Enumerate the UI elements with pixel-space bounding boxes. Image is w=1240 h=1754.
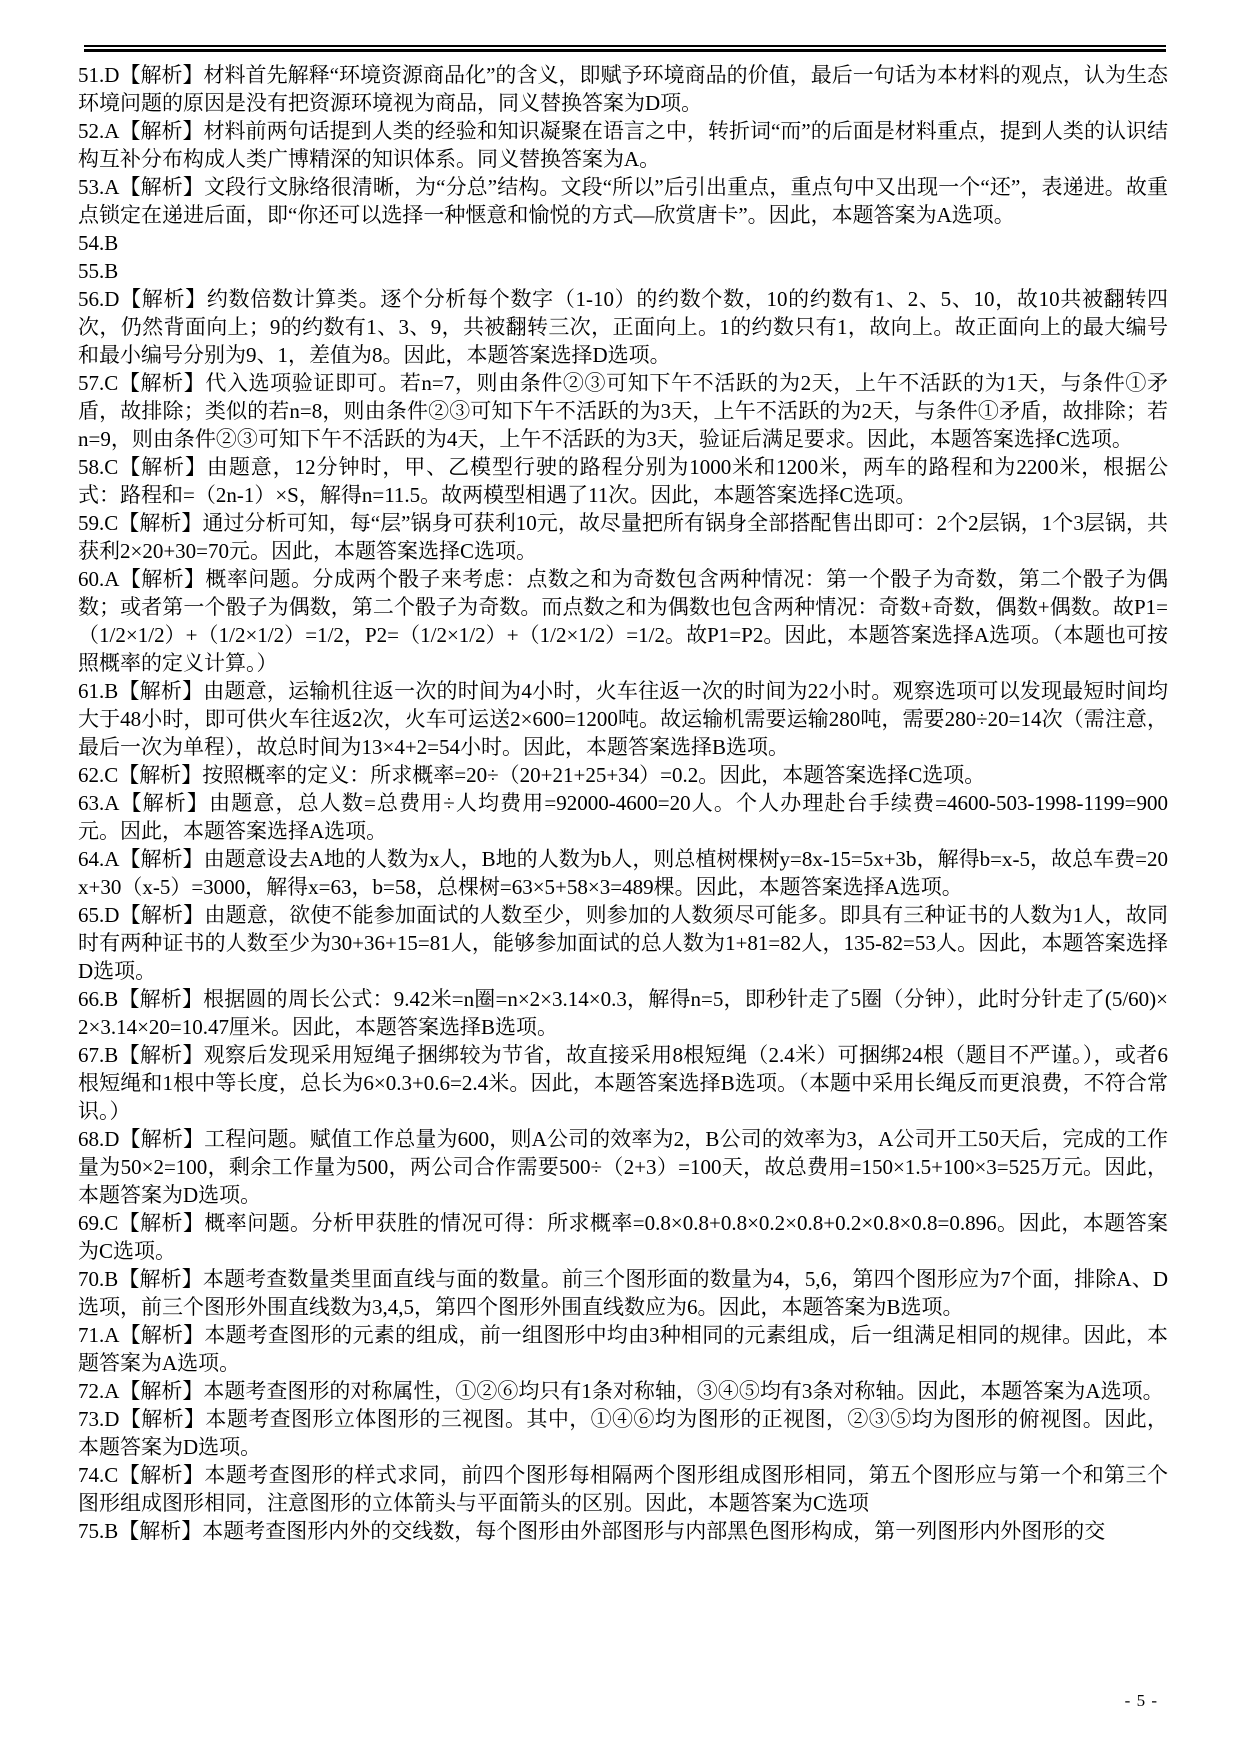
item-label: 53.A [78,175,119,199]
analysis-tag: 【解析】 [118,1463,204,1487]
document-page: 51.D【解析】材料首先解释“环境资源商品化”的含义，即赋予环境商品的价值，最后… [0,0,1240,1754]
answer-item-55: 55.B [78,257,1168,285]
analysis-tag: 【解析】 [118,1519,202,1543]
answer-item-57: 57.C【解析】代入选项验证即可。若n=7，则由条件②③可知下午不活跃的为2天，… [78,369,1168,453]
answer-item-73: 73.D【解析】本题考查图形立体图形的三视图。其中，①④⑥均为图形的正视图，②③… [78,1405,1168,1461]
item-label: 58.C [78,455,118,479]
analysis-tag: 【解析】 [118,1211,204,1235]
answer-item-70: 70.B【解析】本题考查数量类里面直线与面的数量。前三个图形面的数量为4，5,6… [78,1265,1168,1321]
answer-item-52: 52.A【解析】材料前两句话提到人类的经验和知识凝聚在语言之中，转折词“而”的后… [78,117,1168,173]
answer-item-71: 71.A【解析】本题考查图形的元素的组成，前一组图形中均由3种相同的元素组成，后… [78,1321,1168,1377]
analysis-tag: 【解析】 [118,987,203,1011]
item-label: 55.B [78,259,118,283]
item-label: 71.A [78,1323,119,1347]
analysis-body: 本题考查图形立体图形的三视图。其中，①④⑥均为图形的正视图，②③⑤均为图形的俯视… [78,1407,1168,1459]
item-label: 75.B [78,1519,118,1543]
answer-item-66: 66.B【解析】根据圆的周长公式：9.42米=n圈=n×2×3.14×0.3，解… [78,985,1168,1041]
answer-item-75: 75.B【解析】本题考查图形内外的交线数，每个图形由外部图形与内部黑色图形构成，… [78,1517,1168,1545]
analysis-tag: 【解析】 [119,63,203,87]
page-number-footer: - 5 - [1125,1691,1158,1711]
analysis-tag: 【解析】 [119,1407,205,1431]
analysis-tag: 【解析】 [119,903,204,927]
answer-key-text: 51.D【解析】材料首先解释“环境资源商品化”的含义，即赋予环境商品的价值，最后… [78,61,1168,1545]
answer-item-65: 65.D【解析】由题意，欲使不能参加面试的人数至少，则参加的人数须尽可能多。即具… [78,901,1168,985]
analysis-body: 由题意，运输机往返一次的时间为4小时，火车往返一次的时间为22小时。观察选项可以… [78,679,1168,759]
item-label: 56.D [78,287,119,311]
answer-item-72: 72.A【解析】本题考查图形的对称属性，①②⑥均只有1条对称轴，③④⑤均有3条对… [78,1377,1168,1405]
item-label: 69.C [78,1211,118,1235]
analysis-body: 代入选项验证即可。若n=7，则由条件②③可知下午不活跃的为2天，上午不活跃的为1… [78,371,1168,451]
analysis-body: 通过分析可知，每“层”锅身可获利10元，故尽量把所有锅身全部搭配售出即可：2个2… [78,511,1168,563]
analysis-tag: 【解析】 [118,455,207,479]
answer-item-64: 64.A【解析】由题意设去A地的人数为x人，B地的人数为b人，则总植树棵树y=8… [78,845,1168,901]
analysis-body: 概率问题。分成两个骰子来考虑：点数之和为奇数包含两种情况：第一个骰子为奇数，第二… [78,567,1168,675]
analysis-body: 由题意，12分钟时，甲、乙模型行驶的路程分别为1000米和1200米，两车的路程… [78,455,1168,507]
analysis-body: 本题考查数量类里面直线与面的数量。前三个图形面的数量为4，5,6，第四个图形应为… [78,1267,1168,1319]
answer-item-61: 61.B【解析】由题意，运输机往返一次的时间为4小时，火车往返一次的时间为22小… [78,677,1168,761]
item-label: 64.A [78,847,119,871]
item-label: 74.C [78,1463,118,1487]
analysis-tag: 【解析】 [118,679,203,703]
item-label: 66.B [78,987,118,1011]
answer-item-60: 60.A【解析】概率问题。分成两个骰子来考虑：点数之和为奇数包含两种情况：第一个… [78,565,1168,677]
analysis-tag: 【解析】 [118,1267,203,1291]
answer-item-58: 58.C【解析】由题意，12分钟时，甲、乙模型行驶的路程分别为1000米和120… [78,453,1168,509]
analysis-tag: 【解析】 [119,119,203,143]
analysis-body: 约数倍数计算类。逐个分析每个数字（1-10）的约数个数，10的约数有1、2、5、… [78,287,1168,367]
analysis-tag: 【解析】 [119,1127,204,1151]
analysis-body: 工程问题。赋值工作总量为600，则A公司的效率为2，B公司的效率为3，A公司开工… [78,1127,1168,1207]
item-label: 61.B [78,679,118,703]
analysis-tag: 【解析】 [119,791,209,815]
answer-item-53: 53.A【解析】文段行文脉络很清晰，为“分总”结构。文段“所以”后引出重点，重点… [78,173,1168,229]
analysis-body: 观察后发现采用短绳子捆绑较为节省，故直接采用8根短绳（2.4米）可捆绑24根（题… [78,1043,1168,1123]
answer-item-59: 59.C【解析】通过分析可知，每“层”锅身可获利10元，故尽量把所有锅身全部搭配… [78,509,1168,565]
analysis-body: 材料前两句话提到人类的经验和知识凝聚在语言之中，转折词“而”的后面是材料重点，提… [78,119,1168,171]
item-label: 57.C [78,371,118,395]
analysis-body: 本题考查图形的元素的组成，前一组图形中均由3种相同的元素组成，后一组满足相同的规… [78,1323,1168,1375]
answer-item-63: 63.A【解析】由题意，总人数=总费用÷人均费用=92000-4600=20人。… [78,789,1168,845]
item-label: 72.A [78,1379,119,1403]
item-label: 62.C [78,763,118,787]
analysis-body: 由题意设去A地的人数为x人，B地的人数为b人，则总植树棵树y=8x-15=5x+… [78,847,1168,899]
analysis-body: 由题意，总人数=总费用÷人均费用=92000-4600=20人。个人办理赴台手续… [78,791,1168,843]
analysis-tag: 【解析】 [119,175,204,199]
item-label: 60.A [78,567,119,591]
analysis-body: 本题考查图形内外的交线数，每个图形由外部图形与内部黑色图形构成，第一列图形内外图… [202,1519,1105,1543]
item-label: 59.C [78,511,118,535]
analysis-tag: 【解析】 [119,1323,204,1347]
answer-item-62: 62.C【解析】按照概率的定义：所求概率=20÷（20+21+25+34）=0.… [78,761,1168,789]
answer-item-67: 67.B【解析】观察后发现采用短绳子捆绑较为节省，故直接采用8根短绳（2.4米）… [78,1041,1168,1125]
answer-item-54: 54.B [78,229,1168,257]
analysis-body: 概率问题。分析甲获胜的情况可得：所求概率=0.8×0.8+0.8×0.2×0.8… [78,1211,1168,1263]
analysis-tag: 【解析】 [119,1379,203,1403]
analysis-body: 根据圆的周长公式：9.42米=n圈=n×2×3.14×0.3，解得n=5，即秒针… [78,987,1168,1039]
analysis-tag: 【解析】 [118,763,202,787]
answer-item-56: 56.D【解析】约数倍数计算类。逐个分析每个数字（1-10）的约数个数，10的约… [78,285,1168,369]
item-label: 70.B [78,1267,118,1291]
item-label: 65.D [78,903,119,927]
analysis-body: 文段行文脉络很清晰，为“分总”结构。文段“所以”后引出重点，重点句中又出现一个“… [78,175,1168,227]
item-label: 63.A [78,791,119,815]
answer-item-69: 69.C【解析】概率问题。分析甲获胜的情况可得：所求概率=0.8×0.8+0.8… [78,1209,1168,1265]
item-label: 52.A [78,119,119,143]
analysis-tag: 【解析】 [118,1043,204,1067]
answer-item-68: 68.D【解析】工程问题。赋值工作总量为600，则A公司的效率为2，B公司的效率… [78,1125,1168,1209]
analysis-tag: 【解析】 [119,287,206,311]
answer-item-74: 74.C【解析】本题考查图形的样式求同，前四个图形每相隔两个图形组成图形相同，第… [78,1461,1168,1517]
analysis-body: 材料首先解释“环境资源商品化”的含义，即赋予环境商品的价值，最后一句话为本材料的… [78,63,1168,115]
analysis-tag: 【解析】 [118,511,202,535]
analysis-tag: 【解析】 [118,371,205,395]
analysis-body: 本题考查图形的对称属性，①②⑥均只有1条对称轴，③④⑤均有3条对称轴。因此，本题… [203,1379,1163,1403]
item-label: 68.D [78,1127,119,1151]
analysis-body: 按照概率的定义：所求概率=20÷（20+21+25+34）=0.2。因此，本题答… [202,763,985,787]
analysis-body: 由题意，欲使不能参加面试的人数至少，则参加的人数须尽可能多。即具有三种证书的人数… [78,903,1168,983]
item-label: 54.B [78,231,118,255]
item-label: 67.B [78,1043,118,1067]
analysis-body: 本题考查图形的样式求同，前四个图形每相隔两个图形组成图形相同，第五个图形应与第一… [78,1463,1168,1515]
item-label: 73.D [78,1407,119,1431]
answer-item-51: 51.D【解析】材料首先解释“环境资源商品化”的含义，即赋予环境商品的价值，最后… [78,61,1168,117]
item-label: 51.D [78,63,119,87]
analysis-tag: 【解析】 [119,567,205,591]
header-divider-rule [84,45,1166,52]
analysis-tag: 【解析】 [119,847,203,871]
